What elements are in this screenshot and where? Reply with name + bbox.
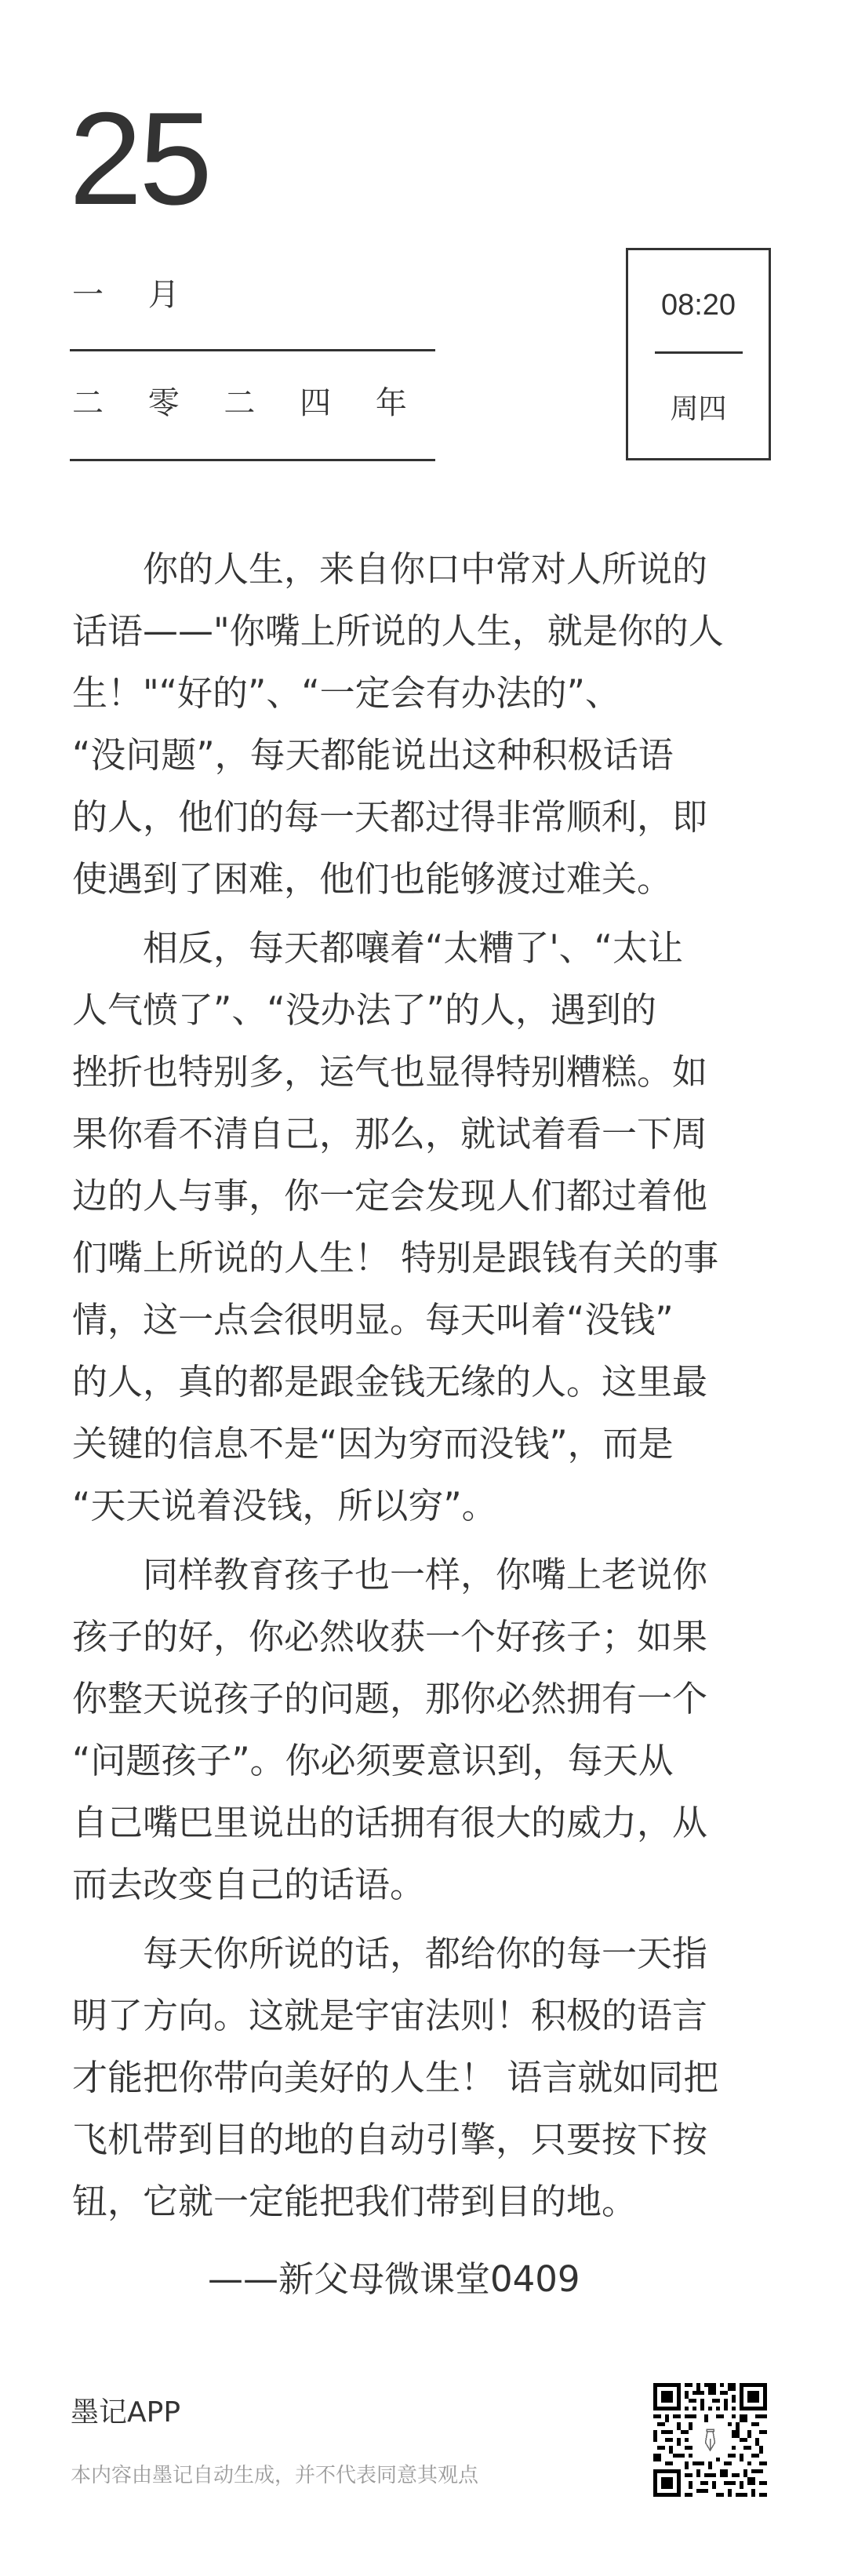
signature: ——新父母微课堂0409	[208, 2256, 580, 2303]
time-label: 08:20	[628, 289, 769, 321]
text-line: 同样教育孩子也一样，你嘴上老说你	[72, 1544, 786, 1606]
text-line: 飞机带到目的地的自动引擎，只要按下按	[72, 2108, 786, 2170]
text-line: 的人，他们的每一天都过得非常顺利，即	[72, 786, 786, 848]
paragraph-2: 相反，每天都嚷着“太糟了'、“太让 人气愤了”、“没办法了”的人，遇到的 挫折也…	[72, 917, 786, 1537]
text-line: 孩子的好，你必然收获一个好孩子；如果	[72, 1606, 786, 1668]
disclaimer: 本内容由墨记自动生成，并不代表同意其观点	[71, 2464, 478, 2487]
app-name: 墨记APP	[71, 2397, 180, 2429]
year-divider	[70, 459, 435, 461]
text-line: 你的人生，来自你口中常对人所说的	[72, 538, 786, 600]
time-divider	[655, 351, 743, 354]
text-line: “问题孩子”。你必须要意识到，每天从	[72, 1730, 786, 1792]
text-line: 关键的信息不是“因为穷而没钱”，而是	[72, 1413, 786, 1475]
text-line: 的人，真的都是跟金钱无缘的人。这里最	[72, 1351, 786, 1413]
text-line: 边的人与事，你一定会发现人们都过着他	[72, 1165, 786, 1227]
text-line: 每天你所说的话，都给你的每一天指	[72, 1923, 786, 1985]
text-line: 自己嘴巴里说出的话拥有很大的威力，从	[72, 1792, 786, 1854]
month-label: 一 月	[72, 279, 197, 311]
text-line: 情，这一点会很明显。每天叫着“没钱”	[72, 1289, 786, 1351]
text-line: “没问题”，每天都能说出这种积极话语	[72, 724, 786, 786]
year-label: 二 零 二 四 年	[72, 387, 424, 419]
paragraph-1: 你的人生，来自你口中常对人所说的 话语——"你嘴上所说的人生，就是你的人 生！"…	[72, 538, 786, 910]
text-line: “天天说着没钱，所以穷”。	[72, 1475, 786, 1537]
text-line: 生！"“好的”、“一定会有办法的”、	[72, 662, 786, 724]
paragraph-4: 每天你所说的话，都给你的每一天指 明了方向。这就是宇宙法则！积极的语言 才能把你…	[72, 1923, 786, 2232]
text-line: 相反，每天都嚷着“太糟了'、“太让	[72, 917, 786, 979]
article-body: 你的人生，来自你口中常对人所说的 话语——"你嘴上所说的人生，就是你的人 生！"…	[72, 538, 786, 2239]
text-line: 才能把你带向美好的人生！ 语言就如同把	[72, 2047, 786, 2108]
text-line: 话语——"你嘴上所说的人生，就是你的人	[72, 600, 786, 662]
weekday-label: 周四	[628, 394, 769, 425]
text-line: 使遇到了困难，他们也能够渡过难关。	[72, 848, 786, 910]
time-box: 08:20 周四	[626, 248, 771, 460]
text-line: 明了方向。这就是宇宙法则！积极的语言	[72, 1985, 786, 2047]
text-line: 而去改变自己的话语。	[72, 1854, 786, 1916]
qr-code-icon[interactable]	[653, 2383, 767, 2497]
text-line: 们嘴上所说的人生！ 特别是跟钱有关的事	[72, 1227, 786, 1289]
month-divider	[70, 349, 435, 351]
text-line: 人气愤了”、“没办法了”的人，遇到的	[72, 979, 786, 1041]
text-line: 钮，它就一定能把我们带到目的地。	[72, 2170, 786, 2232]
day-number: 25	[69, 93, 209, 224]
text-line: 挫折也特别多，运气也显得特别糟糕。如	[72, 1041, 786, 1103]
paragraph-3: 同样教育孩子也一样，你嘴上老说你 孩子的好，你必然收获一个好孩子；如果 你整天说…	[72, 1544, 786, 1916]
text-line: 你整天说孩子的问题，那你必然拥有一个	[72, 1668, 786, 1730]
text-line: 果你看不清自己，那么，就试着看一下周	[72, 1103, 786, 1165]
